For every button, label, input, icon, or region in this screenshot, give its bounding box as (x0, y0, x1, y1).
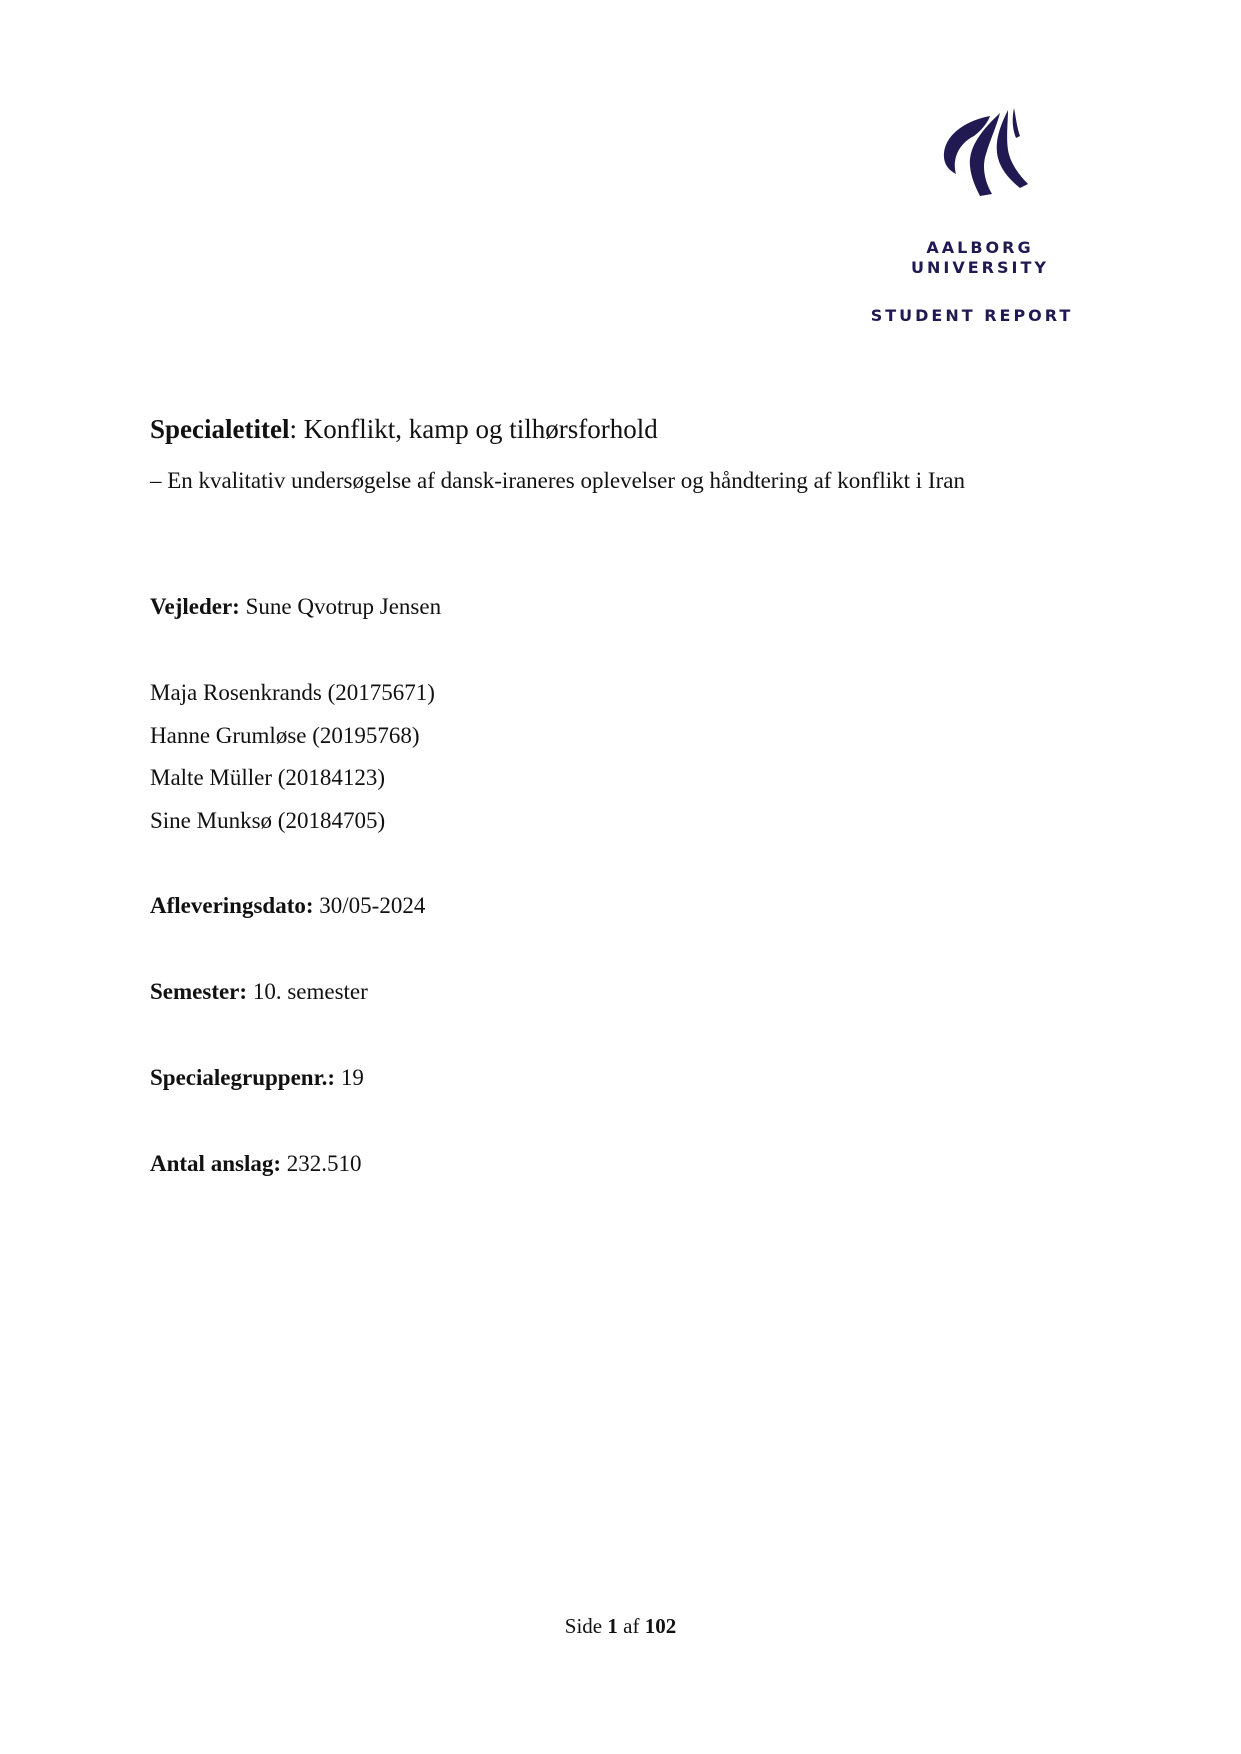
logo-student-report: STUDENT REPORT (852, 306, 1092, 326)
author-1: Maja Rosenkrands (20175671) (150, 680, 435, 706)
footer-current-page: 1 (607, 1614, 618, 1638)
aau-logo: AALBORG UNIVERSITY STUDENT REPORT (860, 108, 1100, 203)
author-3: Malte Müller (20184123) (150, 765, 385, 791)
field-label: Afleveringsdato: (150, 893, 314, 918)
field-label: Antal anslag: (150, 1151, 281, 1176)
field-group-number: Specialegruppenr.: 19 (150, 1065, 364, 1091)
field-semester: Semester: 10. semester (150, 979, 368, 1005)
footer-total-pages: 102 (645, 1614, 677, 1638)
footer-prefix: Side (565, 1614, 608, 1638)
author-4: Sine Munksø (20184705) (150, 808, 385, 834)
title-separator: : (289, 414, 297, 444)
supervisor: Vejleder: Sune Qvotrup Jensen (150, 594, 441, 620)
field-value: 232.510 (281, 1151, 362, 1176)
logo-line-university: UNIVERSITY (860, 258, 1100, 278)
title-label: Specialetitel (150, 414, 289, 444)
author-2: Hanne Grumløse (20195768) (150, 723, 420, 749)
field-submission-date: Afleveringsdato: 30/05-2024 (150, 893, 425, 919)
field-label: Specialegruppenr.: (150, 1065, 335, 1090)
thesis-title: Specialetitel: Konflikt, kamp og tilhørs… (150, 414, 658, 445)
supervisor-value: Sune Qvotrup Jensen (240, 594, 441, 619)
page-number-footer: Side 1 af 102 (0, 1614, 1241, 1639)
field-character-count: Antal anslag: 232.510 (150, 1151, 362, 1177)
thesis-subtitle: – En kvalitativ undersøgelse af dansk-ir… (150, 468, 965, 494)
field-value: 30/05-2024 (314, 893, 426, 918)
logo-line-aalborg: AALBORG (860, 238, 1100, 258)
footer-middle: af (618, 1614, 645, 1638)
aau-wave-logo-icon (938, 108, 1038, 203)
field-value: 10. semester (247, 979, 368, 1004)
title-value: Konflikt, kamp og tilhørsforhold (297, 414, 658, 444)
field-value: 19 (335, 1065, 364, 1090)
supervisor-label: Vejleder: (150, 594, 240, 619)
field-label: Semester: (150, 979, 247, 1004)
